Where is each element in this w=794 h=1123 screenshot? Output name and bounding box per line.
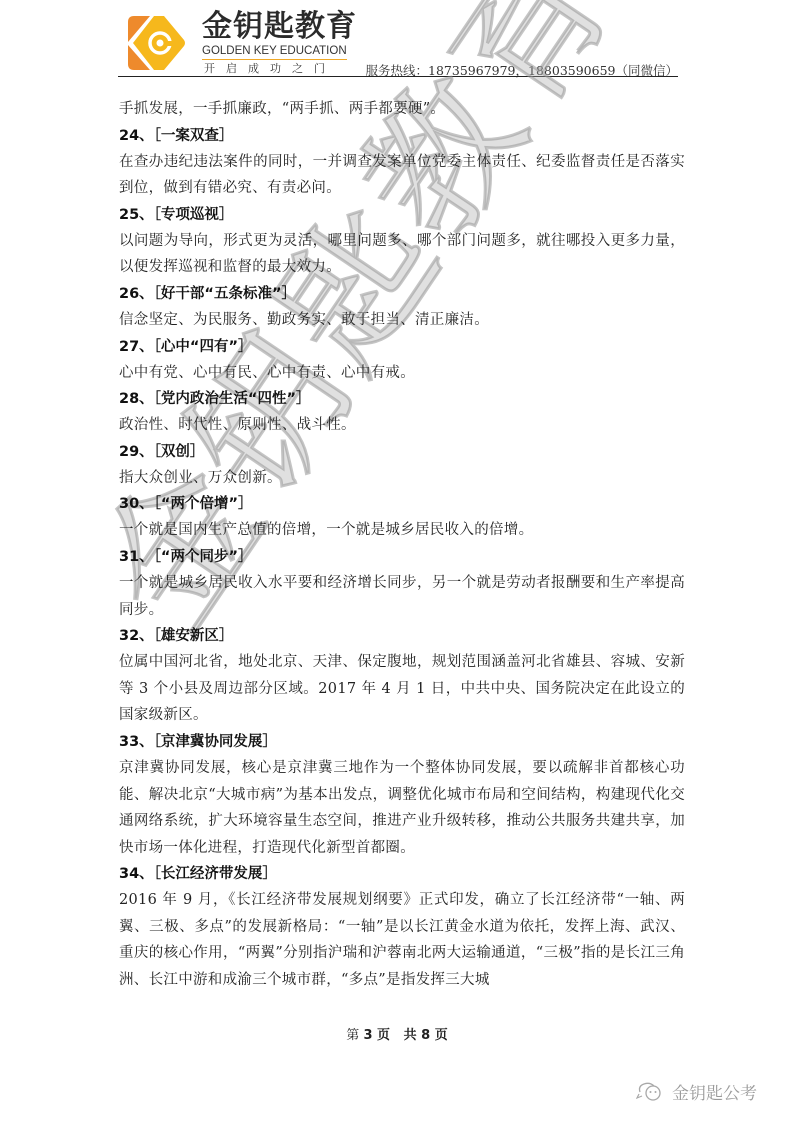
term-body: 位属中国河北省，地处北京、天津、保定腹地，规划范围涵盖河北省雄县、容城、安新等 … [119,649,685,729]
term-item-30: 30、［“两个倍增”］ 一个就是国内生产总值的倍增，一个就是城乡居民收入的倍增。 [119,491,685,544]
term-body: 一个就是城乡居民收入水平要和经济增长同步，另一个就是劳动者报酬要和生产率提高同步… [119,570,685,623]
wechat-icon [636,1080,664,1102]
term-body: 指大众创业、万众创新。 [119,465,685,492]
brand-slogan: 开启成功之门 [204,62,336,76]
term-item-34: 34、［长江经济带发展］ 2016 年 9 月，《长江经济带发展规划纲要》正式印… [119,861,685,993]
term-title: 24、［一案双查］ [119,123,685,149]
term-title: 33、［京津冀协同发展］ [119,729,685,755]
intro-paragraph: 手抓发展，一手抓廉政，“两手抓、两手都要硬”。 [119,96,685,123]
term-title: 25、［专项巡视］ [119,202,685,228]
term-body: 信念坚定、为民服务、勤政务实、敢于担当、清正廉洁。 [119,307,685,334]
term-title: 26、［好干部“五条标准”］ [119,281,685,307]
page-number: 第 3 页 共 8 页 [0,1024,794,1043]
term-body: 政治性、时代性、原则性、战斗性。 [119,412,685,439]
header-divider [118,76,678,77]
term-item-32: 32、［雄安新区］ 位属中国河北省，地处北京、天津、保定腹地，规划范围涵盖河北省… [119,623,685,729]
brand-name-en: GOLDEN KEY EDUCATION [202,45,347,60]
wechat-account-watermark: 金钥匙公考 [636,1078,757,1104]
term-item-33: 33、［京津冀协同发展］ 京津冀协同发展，核心是京津冀三地作为一个整体协同发展，… [119,729,685,861]
term-item-31: 31、［“两个同步”］ 一个就是城乡居民收入水平要和经济增长同步，另一个就是劳动… [119,544,685,623]
term-body: 京津冀协同发展，核心是京津冀三地作为一个整体协同发展，要以疏解非首都核心功能、解… [119,755,685,861]
term-body: 一个就是国内生产总值的倍增，一个就是城乡居民收入的倍增。 [119,517,685,544]
term-title: 30、［“两个倍增”］ [119,491,685,517]
document-body: 手抓发展，一手抓廉政，“两手抓、两手都要硬”。 24、［一案双查］ 在查办违纪违… [119,96,685,994]
term-item-27: 27、［心中“四有”］ 心中有党、心中有民、心中有责、心中有戒。 [119,334,685,387]
term-title: 32、［雄安新区］ [119,623,685,649]
term-title: 27、［心中“四有”］ [119,334,685,360]
brand-name-cn: 金钥匙教育 [202,10,357,44]
term-body: 在查办违纪违法案件的同时，一并调查发案单位党委主体责任、纪委监督责任是否落实到位… [119,149,685,202]
term-item-26: 26、［好干部“五条标准”］ 信念坚定、为民服务、勤政务实、敢于担当、清正廉洁。 [119,281,685,334]
term-item-24: 24、［一案双查］ 在查办违纪违法案件的同时，一并调查发案单位党委主体责任、纪委… [119,123,685,202]
term-item-25: 25、［专项巡视］ 以问题为导向，形式更为灵活，哪里问题多、哪个部门问题多，就往… [119,202,685,281]
wechat-account-name: 金钥匙公考 [672,1079,757,1104]
term-body: 心中有党、心中有民、心中有责、心中有戒。 [119,360,685,387]
term-title: 34、［长江经济带发展］ [119,861,685,887]
term-body: 2016 年 9 月，《长江经济带发展规划纲要》正式印发，确立了长江经济带“一轴… [119,887,685,993]
document-header: 金钥匙教育 GOLDEN KEY EDUCATION 开启成功之门 服务热线：1… [120,8,680,76]
term-title: 31、［“两个同步”］ [119,544,685,570]
term-title: 29、［双创］ [119,439,685,465]
term-title: 28、［党内政治生活“四性”］ [119,386,685,412]
golden-key-logo-icon [124,12,186,74]
term-item-29: 29、［双创］ 指大众创业、万众创新。 [119,439,685,492]
term-body: 以问题为导向，形式更为灵活，哪里问题多、哪个部门问题多，就往哪投入更多力量，以便… [119,228,685,281]
term-item-28: 28、［党内政治生活“四性”］ 政治性、时代性、原则性、战斗性。 [119,386,685,439]
